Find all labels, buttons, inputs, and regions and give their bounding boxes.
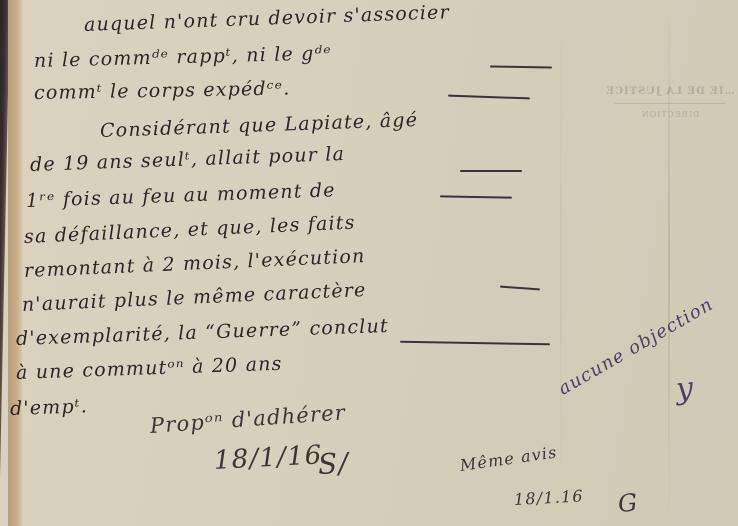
body-line-5: de 19 ans seulᵗ, allait pour la — [30, 143, 346, 176]
closing-date: 18/1/16 — [213, 440, 323, 476]
underline — [490, 65, 552, 68]
underline — [440, 195, 512, 198]
body-line-3: commᵗ le corps expédᶜᵉ. — [34, 78, 291, 104]
underline — [400, 341, 550, 345]
document-page: …IE DE LA JUSTICE DIRECTION auquel n'ont… — [0, 0, 738, 526]
countersign-initial: G — [617, 488, 640, 518]
paper-fold — [668, 0, 670, 526]
letterhead: …IE DE LA JUSTICE DIRECTION — [585, 86, 738, 119]
body-line-2: ni le commᵈᵉ rappᵗ, ni le gᵈᵉ — [34, 42, 332, 72]
letterhead-title: …IE DE LA JUSTICE — [585, 86, 738, 97]
body-line-1: auquel n'ont cru devoir s'associer — [84, 1, 451, 36]
body-line-4: Considérant que Lapiate, âgé — [100, 109, 419, 142]
binding-strip — [8, 0, 22, 526]
body-line-8: remontant à 2 mois, l'exécution — [24, 245, 366, 282]
underline — [460, 170, 522, 172]
countersign-text: Même avis — [459, 442, 559, 474]
body-line-11: à une commutᵒⁿ à 20 ans — [16, 353, 283, 384]
letterhead-subtitle: DIRECTION — [585, 110, 738, 119]
underline — [500, 286, 540, 290]
proposal-text: Propᵒⁿ d'adhérer — [149, 400, 347, 438]
body-line-6: 1ʳᵉ fois au feu au moment de — [26, 179, 336, 212]
underline — [448, 95, 530, 99]
body-line-10: d'exemplarité, la “Guerre” conclut — [16, 315, 390, 350]
paper-fold — [560, 0, 562, 526]
body-line-12: d'empᵗ. — [10, 395, 89, 420]
countersign-date: 18/1.16 — [514, 486, 585, 509]
margin-initial: y — [674, 370, 695, 406]
closing-initials: S/ — [317, 446, 350, 481]
letterhead-rule — [615, 103, 725, 104]
body-line-9: n'aurait plus le même caractère — [22, 279, 367, 316]
body-line-7: sa défaillance, et que, les faits — [24, 212, 356, 248]
